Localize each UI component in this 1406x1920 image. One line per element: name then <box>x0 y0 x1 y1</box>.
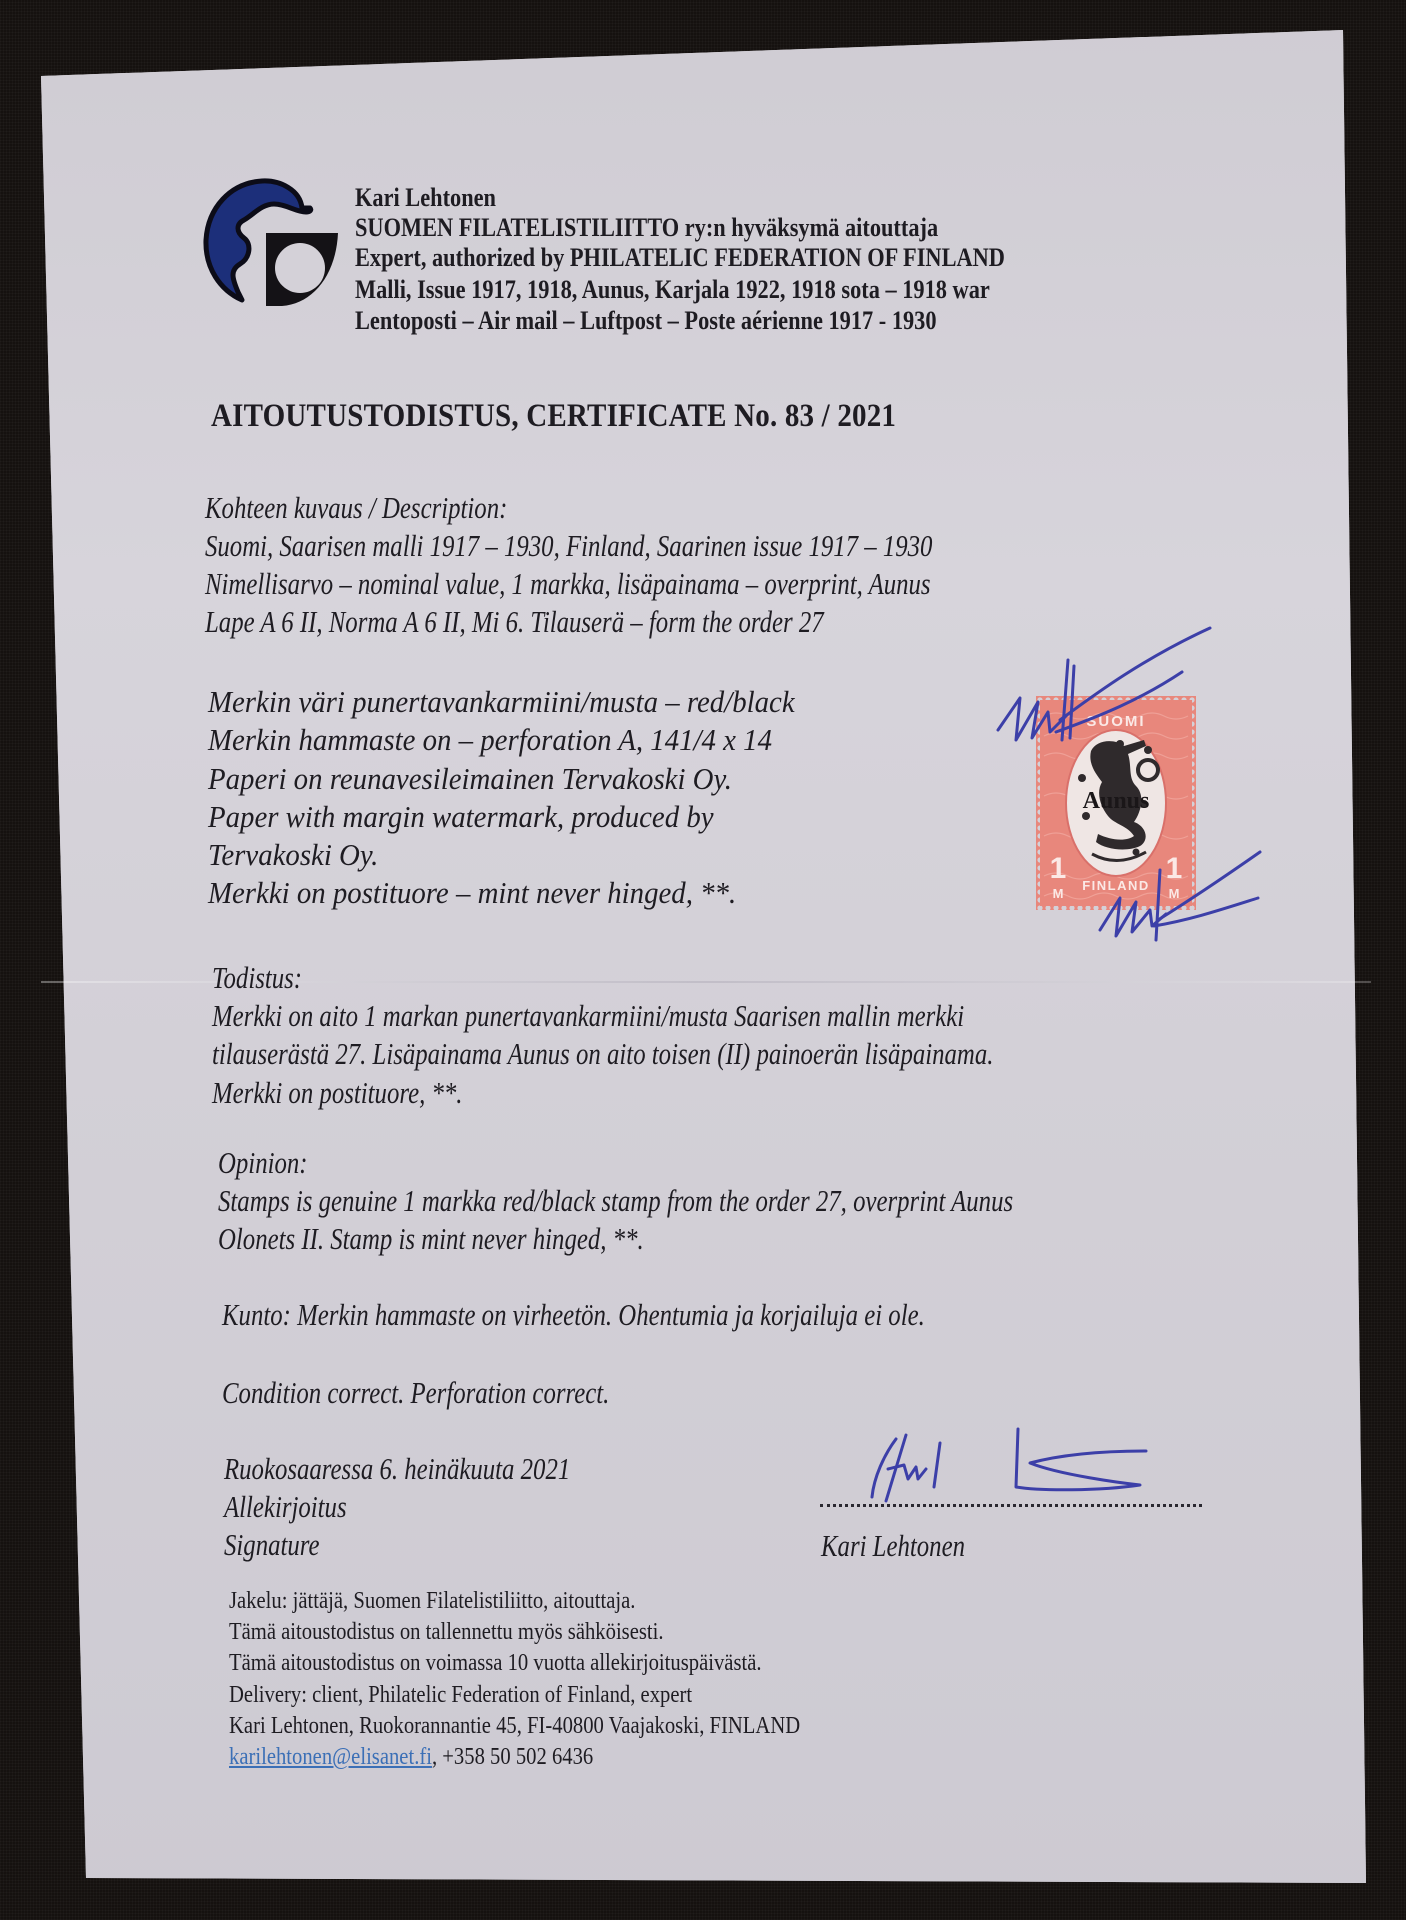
statement-line: tilauserästä 27. Lisäpainama Aunus on ai… <box>212 1035 993 1073</box>
signature-line <box>820 1500 1202 1507</box>
signature-label-en: Signature <box>224 1526 320 1564</box>
signer-name: Kari Lehtonen <box>821 1527 965 1565</box>
place-date: Ruokosaaressa 6. heinäkuuta 2021 <box>224 1450 570 1488</box>
footer-line: Kari Lehtonen, Ruokorannantie 45, FI-408… <box>229 1711 800 1742</box>
statement-heading: Todistus: <box>212 959 302 997</box>
footer-line: Tämä aitoustodistus on voimassa 10 vuott… <box>229 1648 762 1679</box>
description-line: Suomi, Saarisen malli 1917 – 1930, Finla… <box>205 527 932 565</box>
footer-contact: karilehtonen@elisanet.fi, +358 50 502 64… <box>229 1742 593 1773</box>
footer-line: Tämä aitoustodistus on tallennettu myös … <box>229 1617 664 1648</box>
description-heading: Kohteen kuvaus / Description: <box>205 489 507 527</box>
svg-text:1: 1 <box>1050 852 1067 885</box>
detail-line: Tervakoski Oy. <box>208 836 378 874</box>
svg-text:FINLAND: FINLAND <box>1082 878 1150 893</box>
expert-name: Kari Lehtonen <box>355 183 496 213</box>
certificate-title: AITOUTUSTODISTUS, CERTIFICATE No. 83 / 2… <box>211 398 896 435</box>
philatelic-federation-logo-icon <box>200 178 340 313</box>
footer-line: Delivery: client, Philatelic Federation … <box>229 1680 692 1711</box>
detail-line: Merkin väri punertavankarmiini/musta – r… <box>208 683 795 721</box>
svg-text:Aunus: Aunus <box>1083 788 1150 814</box>
opinion-line: Olonets II. Stamp is mint never hinged, … <box>218 1220 644 1258</box>
signature-label-fi: Allekirjoitus <box>224 1488 347 1526</box>
description-line: Lape A 6 II, Norma A 6 II, Mi 6. Tilause… <box>205 603 824 641</box>
statement-line: Merkki on postituore, **. <box>212 1074 462 1112</box>
description-line: Nimellisarvo – nominal value, 1 markka, … <box>205 565 931 603</box>
email-link[interactable]: karilehtonen@elisanet.fi <box>229 1744 432 1770</box>
opinion-heading: Opinion: <box>218 1144 308 1182</box>
svg-text:SUOMI: SUOMI <box>1086 713 1145 730</box>
specialty-line-1: Malli, Issue 1917, 1918, Aunus, Karjala … <box>355 275 990 305</box>
phone-number: , +358 50 502 6436 <box>432 1744 593 1770</box>
detail-line: Merkin hammaste on – perforation A, 141/… <box>208 721 772 759</box>
specialty-line-2: Lentoposti – Air mail – Luftpost – Poste… <box>355 306 937 336</box>
opinion-line: Stamps is genuine 1 markka red/black sta… <box>218 1182 1013 1220</box>
condition-en: Condition correct. Perforation correct. <box>222 1374 609 1412</box>
condition-fi: Kunto: Merkin hammaste on virheetön. Ohe… <box>222 1296 925 1334</box>
svg-text:M: M <box>1169 886 1180 901</box>
detail-line: Paper with margin watermark, produced by <box>208 798 714 836</box>
svg-text:M: M <box>1053 886 1064 901</box>
stamp-image: Aunus SUOMI FINLAND 1 1 M M <box>1036 696 1196 910</box>
authorization-fi: SUOMEN FILATELISTILIITTO ry:n hyväksymä … <box>355 213 938 243</box>
detail-line: Merkki on postituore – mint never hinged… <box>208 874 736 912</box>
footer-line: Jakelu: jättäjä, Suomen Filatelistiliitt… <box>229 1586 635 1617</box>
detail-line: Paperi on reunavesileimainen Tervakoski … <box>208 760 732 798</box>
statement-line: Merkki on aito 1 markan punertavankarmii… <box>212 997 964 1035</box>
authorization-en: Expert, authorized by PHILATELIC FEDERAT… <box>355 243 1005 273</box>
svg-text:1: 1 <box>1166 852 1183 885</box>
